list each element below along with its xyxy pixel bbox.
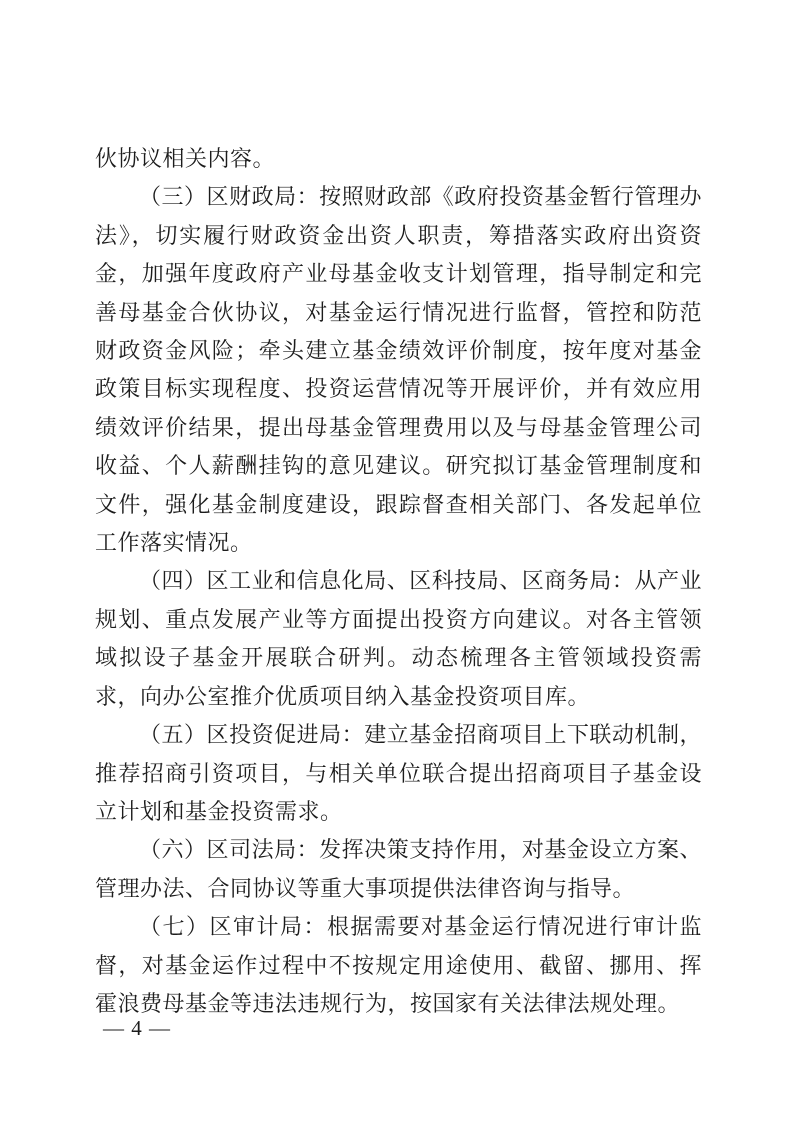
paragraph-continuation: 伙协议相关内容。 [95, 140, 702, 178]
page-number: — 4 — [103, 1016, 171, 1041]
paragraph-item-7-audit-bureau: （七）区审计局：根据需要对基金运行情况进行审计监督，对基金运作过程中不按规定用途… [95, 908, 702, 1023]
document-page: 伙协议相关内容。 （三）区财政局：按照财政部《政府投资基金暂行管理办法》，切实履… [0, 0, 793, 1122]
paragraph-item-6-justice-bureau: （六）区司法局：发挥决策支持作用，对基金设立方案、管理办法、合同协议等重大事项提… [95, 831, 702, 908]
paragraph-item-5-investment-promotion-bureau: （五）区投资促进局：建立基金招商项目上下联动机制，推荐招商引资项目，与相关单位联… [95, 716, 702, 831]
paragraph-item-3-finance-bureau: （三）区财政局：按照财政部《政府投资基金暂行管理办法》，切实履行财政资金出资人职… [95, 178, 702, 562]
document-body: 伙协议相关内容。 （三）区财政局：按照财政部《政府投资基金暂行管理办法》，切实履… [95, 140, 702, 1023]
paragraph-item-4-industry-science-commerce-bureaus: （四）区工业和信息化局、区科技局、区商务局：从产业规划、重点发展产业等方面提出投… [95, 562, 702, 716]
